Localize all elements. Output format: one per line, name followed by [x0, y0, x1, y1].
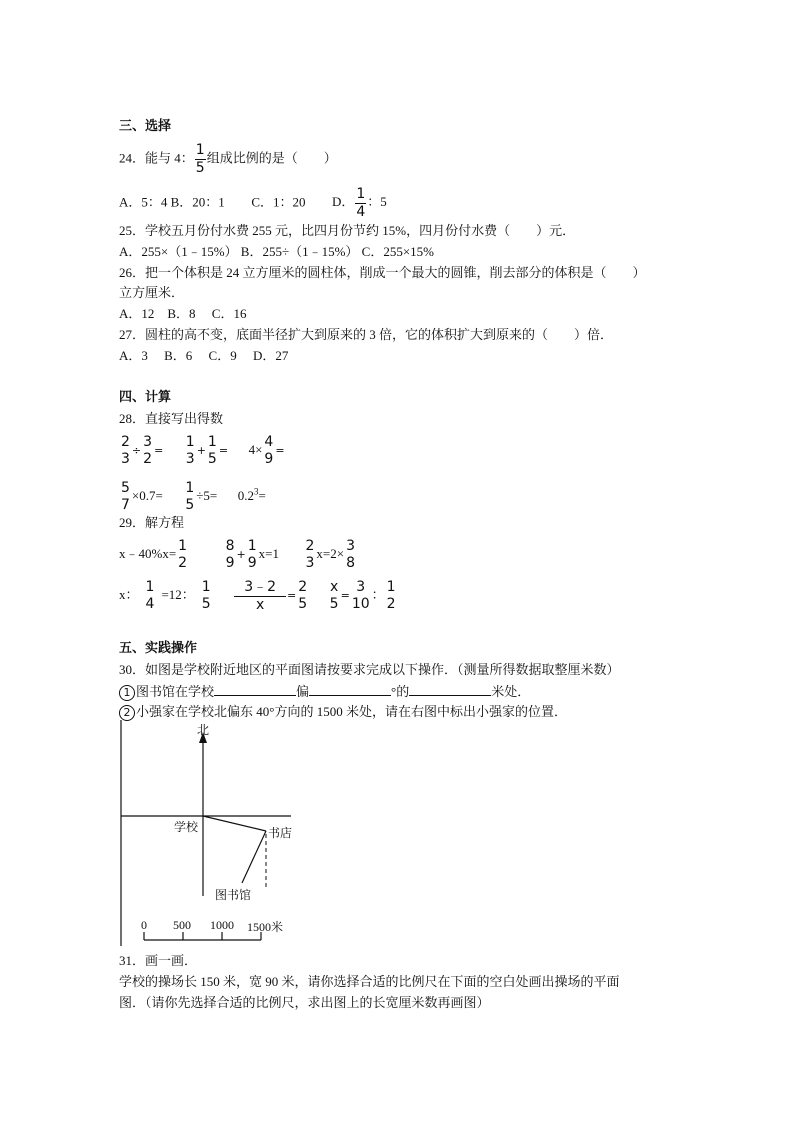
- question-27: 27．圆柱的高不变，底面半径扩大到原来的 3 倍，它的体积扩大到原来的（ ）倍．: [119, 327, 613, 343]
- q28-row-2: 57×0.7= 15÷5= 0.23=: [119, 474, 266, 514]
- q28-expr-1: 23÷32=: [119, 442, 163, 457]
- q30-blank-distance[interactable]: [409, 683, 491, 696]
- q29-eq-5: 3﹣2x=25: [233, 587, 309, 602]
- q28-row-1: 23÷32= 13+15= 4×49=: [119, 432, 285, 469]
- q30-blank-degree[interactable]: [309, 683, 391, 696]
- q24-options: A．5：4 B．20：1 C．1：20 D．14：5: [119, 186, 387, 221]
- q27-options: A．3 B．6 C．9 D．27: [119, 348, 288, 364]
- question-29: 29．解方程: [119, 515, 184, 531]
- q30-item-1: 1图书馆在学校偏°的米处．: [119, 683, 530, 701]
- section-title-practice: 五、实践操作: [119, 641, 197, 657]
- label-north: 北: [197, 721, 209, 738]
- section-title-choice: 三、选择: [119, 119, 171, 135]
- question-31: 31．画一画．: [119, 953, 197, 969]
- q28-expr-4: 57×0.7=: [119, 488, 163, 503]
- q24-option-ab: A．5：4 B．20：1: [119, 194, 225, 209]
- q28-expr-3: 4×49=: [249, 442, 285, 457]
- school-area-map: 北 学校 书店 图书馆 0 500 1000 1500米: [110, 718, 310, 950]
- q30-blank-direction[interactable]: [214, 683, 296, 696]
- q29-eq-2: 89+19x=1: [224, 546, 279, 561]
- q31-body-1: 学校的操场长 150 米，宽 90 米，请你选择合适的比例尺在下面的空白处画出操…: [119, 974, 620, 990]
- q29-row-2: x：14=12：15 3﹣2x=25 x5=310：12: [119, 576, 398, 615]
- q24-suffix: 组成比例的是（ ）: [207, 150, 337, 165]
- q26-options: A．12 B．8 C．16: [119, 306, 246, 322]
- q24-fraction: 15: [195, 142, 206, 177]
- label-school: 学校: [174, 818, 198, 835]
- question-25: 25．学校五月份付水费 255 元，比四月份节约 15%，四月份付水费（ ）元．: [119, 223, 575, 239]
- q28-expr-2: 13+15=: [184, 442, 228, 457]
- q25-options: A．255×（1﹣15%） B．255÷（1﹣15%） C．255×15%: [119, 244, 434, 260]
- question-26: 26．把一个体积是 24 立方厘米的圆柱体，削成一个最大的圆锥，削去部分的体积是…: [119, 265, 646, 281]
- scale-1500: 1500米: [247, 918, 283, 935]
- q29-eq-1: x﹣40%x=12: [119, 546, 189, 561]
- question-24: 24．能与 4：15组成比例的是（ ）: [119, 142, 337, 177]
- q24-prefix: 24．能与 4：: [119, 150, 194, 165]
- q28-expr-5: 15÷5=: [183, 488, 217, 503]
- label-library: 图书馆: [215, 886, 251, 903]
- q29-eq-3: 23x=2×38: [304, 546, 358, 561]
- q24-option-d: D．14：5: [332, 194, 387, 209]
- q24-option-c: C．1：20: [251, 194, 305, 209]
- question-30: 30．如图是学校附近地区的平面图请按要求完成以下操作．（测量所得数据取整厘米数）: [119, 662, 620, 678]
- scale-500: 500: [173, 918, 191, 933]
- q29-eq-6: x5=310：12: [328, 587, 398, 602]
- q29-eq-4: x：14=12：15: [119, 587, 213, 602]
- scale-1000: 1000: [210, 918, 234, 933]
- question-26-cont: 立方厘米．: [119, 285, 184, 301]
- section-title-calc: 四、计算: [119, 390, 171, 406]
- question-28: 28．直接写出得数: [119, 411, 223, 427]
- q29-row-1: x﹣40%x=12 89+19x=1 23x=2×38: [119, 536, 357, 573]
- label-bookstore: 书店: [268, 824, 292, 841]
- scale-0: 0: [141, 918, 147, 933]
- q28-expr-6: 0.23=: [238, 488, 266, 503]
- q31-body-2: 图．（请你先选择合适的比例尺，求出图上的长宽厘米数再画图）: [119, 995, 490, 1011]
